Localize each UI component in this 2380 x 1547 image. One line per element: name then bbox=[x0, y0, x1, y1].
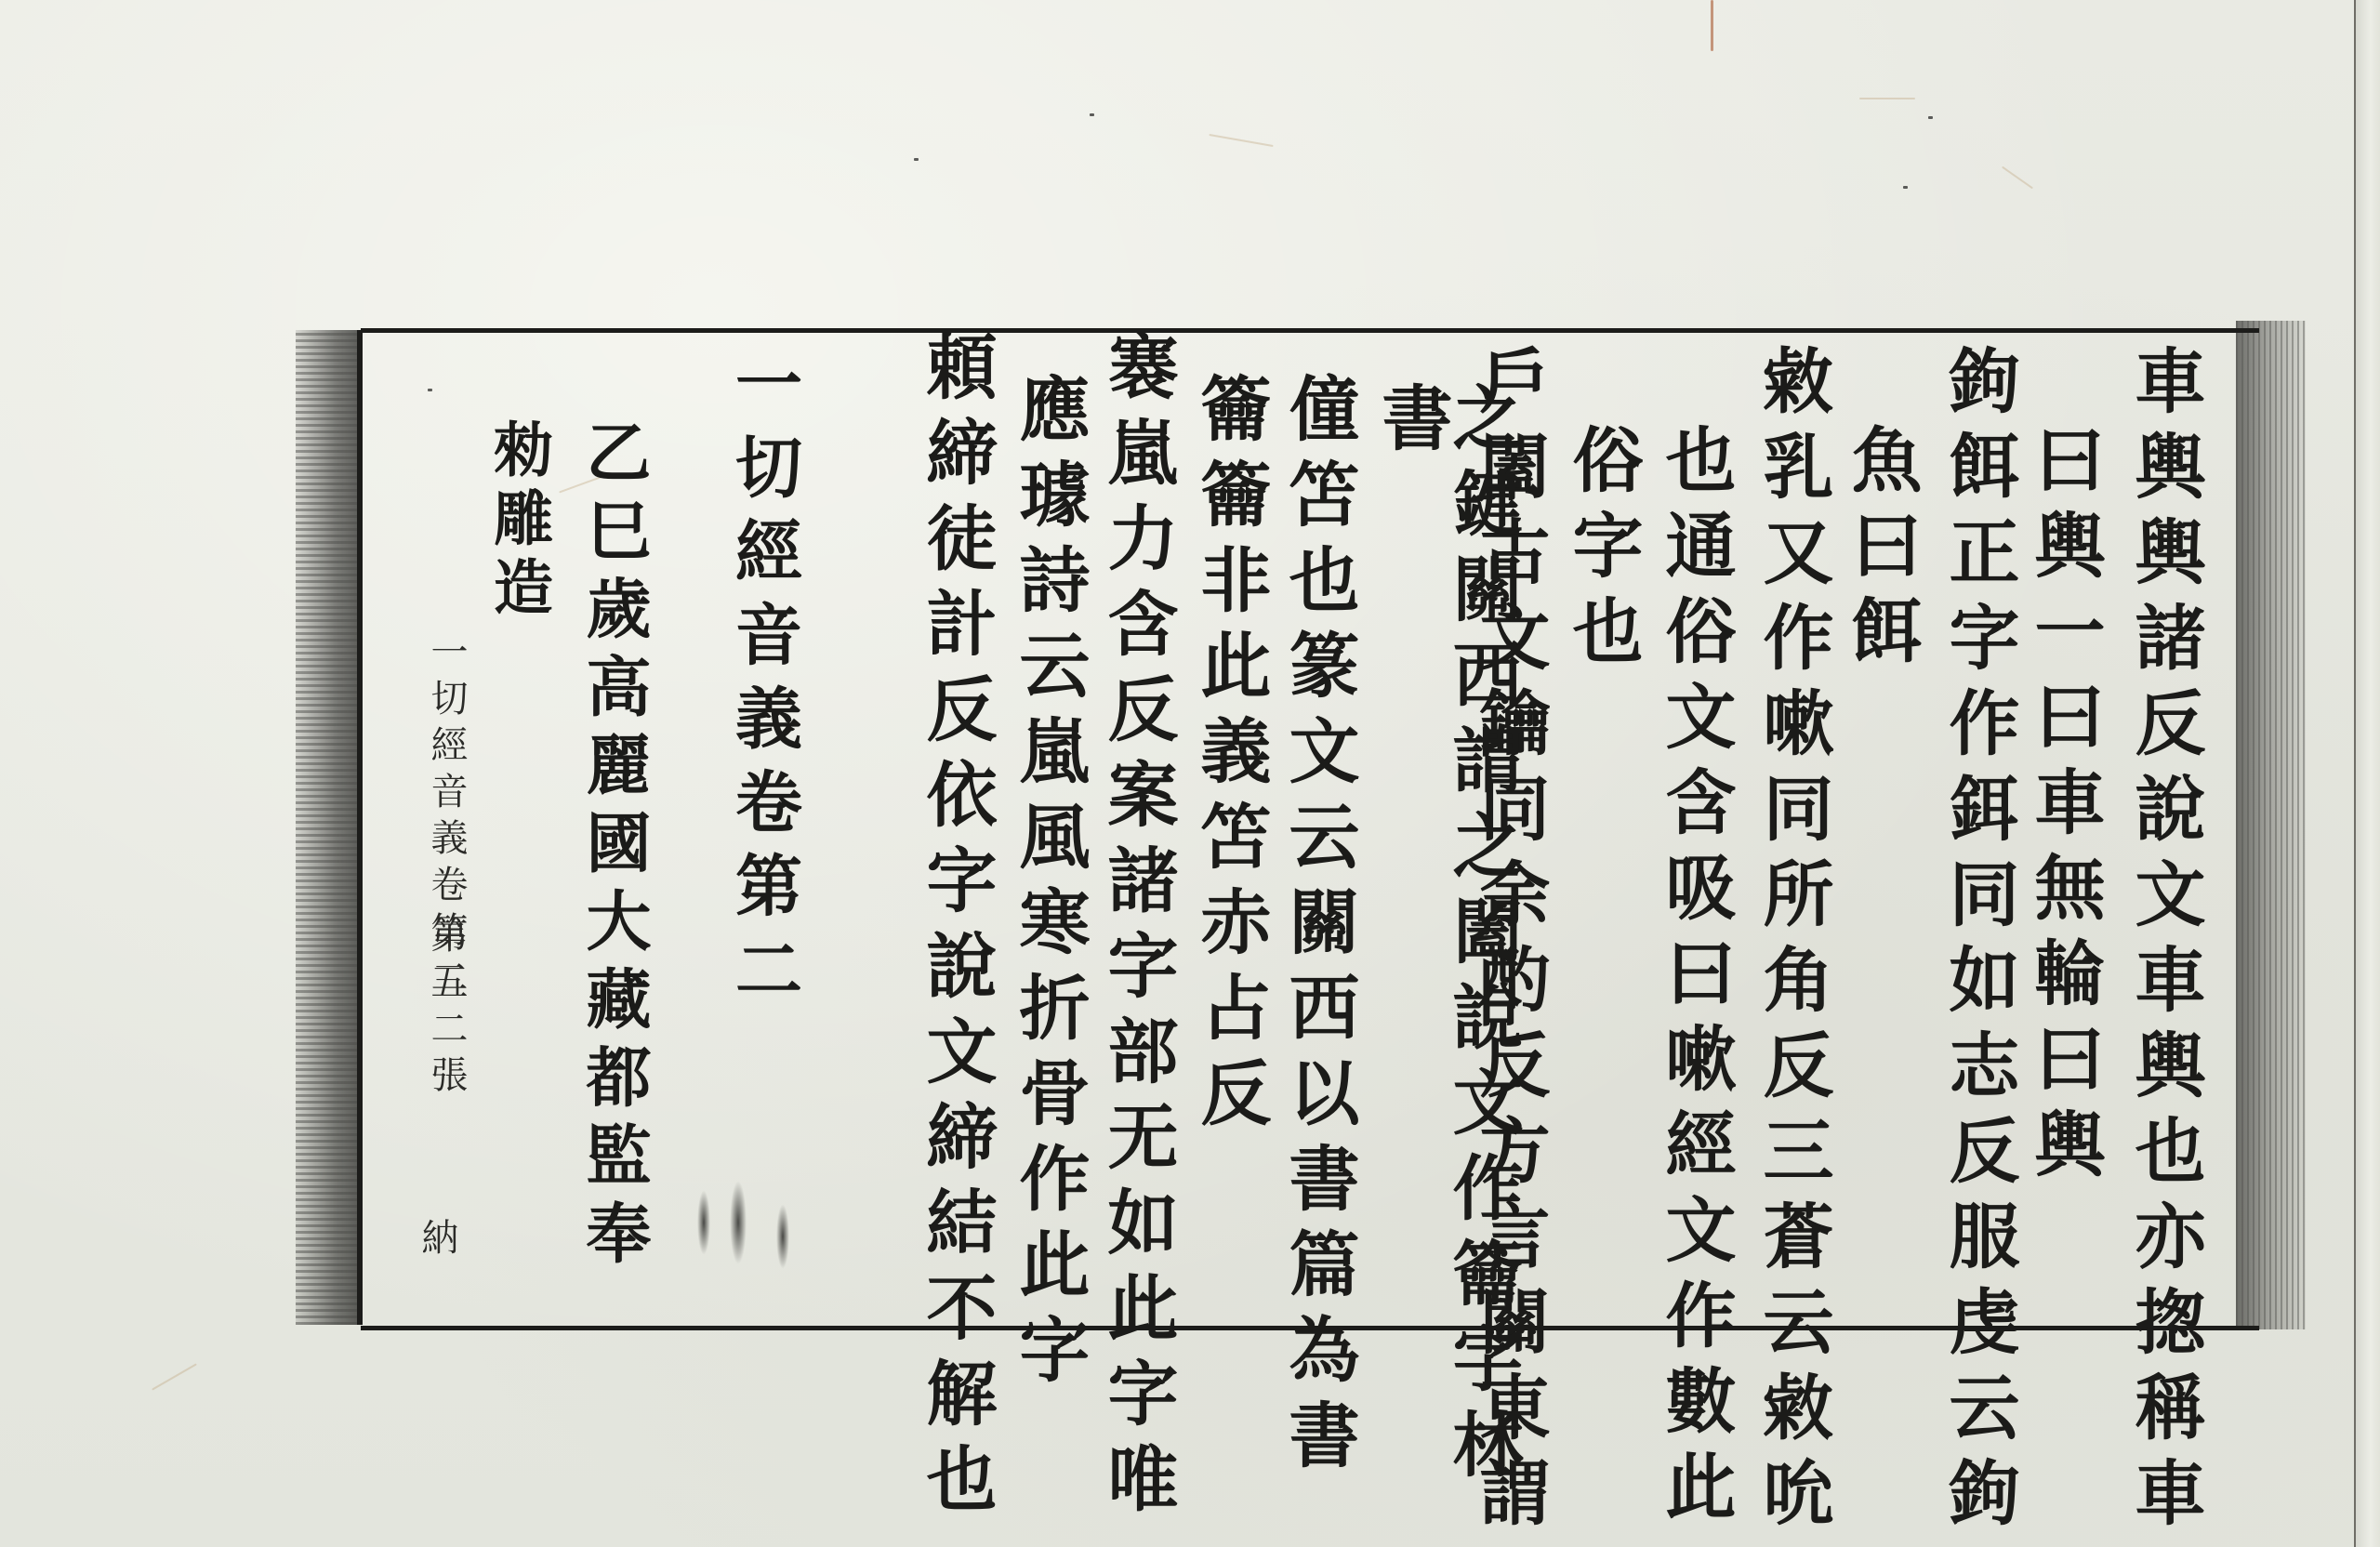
paper-fiber bbox=[1209, 134, 1273, 147]
text-column-1: 車輿輿諸反說文車輿也亦揔稱車 bbox=[2129, 344, 2200, 1541]
colophon-order-line: 勑雕造 bbox=[488, 418, 548, 625]
paper-fiber bbox=[1859, 98, 1915, 99]
text-column-5: 敹乳又作嗽同所角反三蒼云敹吮 bbox=[1757, 344, 1828, 1541]
ink-smudge bbox=[776, 1204, 789, 1269]
text-column-13: 應璩詩云嵐風寒折骨作此字 bbox=[1013, 372, 1084, 1398]
text-column-2: 曰輿一曰車無輪曰輿 bbox=[2029, 423, 2099, 1193]
colophon-date-line: 乙巳歲高麗國大藏都監奉 bbox=[581, 418, 646, 1277]
page-edge bbox=[2354, 0, 2380, 1547]
text-column-12: 褰嵐力含反案諸字部无如此字唯 bbox=[1102, 330, 1172, 1527]
text-column-3: 鉤餌正字作鉺同如志反服虔云鉤 bbox=[1943, 344, 2014, 1541]
ink-speck bbox=[1090, 113, 1094, 116]
block-edge-left bbox=[296, 330, 363, 1325]
text-column-14: 頼締徒計反依字說文締結不解也 bbox=[920, 330, 991, 1527]
text-column-11: 籥籥非此義笘赤占反 bbox=[1195, 372, 1265, 1142]
ink-speck bbox=[1928, 116, 1933, 119]
ink-smudge bbox=[697, 1190, 710, 1255]
ink-smudge bbox=[730, 1181, 747, 1264]
volume-title: 一切經音義卷第二 bbox=[730, 349, 797, 1018]
text-column-4: 魚曰餌 bbox=[1845, 423, 1916, 680]
paper-fiber bbox=[1711, 0, 1713, 51]
margin-sheet-number: 第五二張 bbox=[428, 916, 465, 1102]
text-column-10: 僮笘也篆文云關西以書篇為書 bbox=[1283, 372, 1354, 1484]
paper-fiber bbox=[2002, 166, 2033, 190]
ink-speck bbox=[1903, 186, 1908, 189]
text-column-7: 俗字也 bbox=[1567, 423, 1637, 680]
text-column-6: 也通俗文含吸曰嗽經文作數此 bbox=[1659, 423, 1730, 1535]
ink-speck bbox=[914, 158, 919, 161]
margin-case-mark: 納 bbox=[418, 1218, 456, 1264]
paper-fiber bbox=[152, 1363, 197, 1390]
text-column-9: 之鍵關西謂之闔說文作籥字林書 bbox=[1376, 381, 1517, 1547]
